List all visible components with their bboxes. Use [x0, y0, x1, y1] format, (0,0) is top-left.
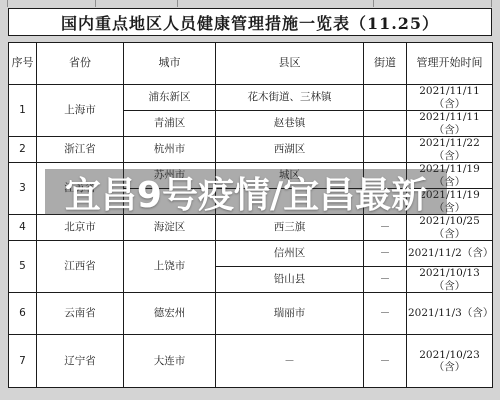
table-row: 5 江西省 上饶市 信州区 － 2021/11/2（含）: [9, 241, 493, 267]
watermark-overlay-band: 宜昌9号疫情/宜昌最新: [45, 169, 447, 215]
table-row: 7 辽宁省 大连市 － － 2021/10/23（含）: [9, 335, 493, 388]
cell-street: －: [364, 215, 407, 241]
table-title: 国内重点地区人员健康管理措施一览表（11.25）: [8, 8, 492, 36]
cell-date: 2021/10/23（含）: [407, 335, 493, 388]
col-header-province: 省份: [37, 43, 124, 85]
table-row: 4 北京市 海淀区 西三旗 － 2021/10/25（含）: [9, 215, 493, 241]
cell-date: 2021/11/11（含）: [407, 111, 493, 137]
cell-street: －: [364, 267, 407, 293]
cell-city: 杭州市: [124, 137, 216, 163]
cell-city: 德宏州: [124, 293, 216, 335]
cell-province: 北京市: [37, 215, 124, 241]
cell-county: 西三旗: [216, 215, 364, 241]
col-header-seq: 序号: [9, 43, 37, 85]
crop-bleed-line: [177, 0, 178, 7]
crop-bleed-line: [491, 0, 492, 7]
crop-bleed-line: [95, 0, 96, 7]
cell-street: －: [364, 293, 407, 335]
cell-street: [364, 137, 407, 163]
cell-province: 上海市: [37, 85, 124, 137]
cell-date: 2021/10/13（含）: [407, 267, 493, 293]
cell-date: 2021/11/22（含）: [407, 137, 493, 163]
cell-seq: 3: [9, 163, 37, 215]
cell-street: [364, 111, 407, 137]
cell-city: 上饶市: [124, 241, 216, 293]
cell-county: －: [216, 335, 364, 388]
cell-seq: 7: [9, 335, 37, 388]
cell-county: 信州区: [216, 241, 364, 267]
cell-county: 铅山县: [216, 267, 364, 293]
cell-seq: 2: [9, 137, 37, 163]
cell-seq: 4: [9, 215, 37, 241]
cell-date: 2021/11/3（含）: [407, 293, 493, 335]
cell-date: 2021/11/11（含）: [407, 85, 493, 111]
cell-street: －: [364, 241, 407, 267]
cell-province: 浙江省: [37, 137, 124, 163]
cell-city: 海淀区: [124, 215, 216, 241]
crop-bleed-line: [7, 0, 8, 7]
cell-province: 江西省: [37, 241, 124, 293]
cell-city: 大连市: [124, 335, 216, 388]
cell-seq: 1: [9, 85, 37, 137]
cell-date: 2021/10/25（含）: [407, 215, 493, 241]
col-header-city: 城市: [124, 43, 216, 85]
cell-county: 花木街道、三林镇: [216, 85, 364, 111]
cell-city: 青浦区: [124, 111, 216, 137]
cell-street: －: [364, 335, 407, 388]
watermark-text: 宜昌9号疫情/宜昌最新: [65, 167, 427, 218]
cell-county: 西湖区: [216, 137, 364, 163]
header-row: 序号 省份 城市 县区 街道 管理开始时间: [9, 43, 493, 85]
crop-bleed-line: [373, 0, 374, 7]
table-row: 2 浙江省 杭州市 西湖区 2021/11/22（含）: [9, 137, 493, 163]
cell-province: 云南省: [37, 293, 124, 335]
cell-county: 瑞丽市: [216, 293, 364, 335]
cell-province: 辽宁省: [37, 335, 124, 388]
col-header-county: 县区: [216, 43, 364, 85]
cell-seq: 6: [9, 293, 37, 335]
cell-seq: 5: [9, 241, 37, 293]
cell-date: 2021/11/2（含）: [407, 241, 493, 267]
cell-street: [364, 85, 407, 111]
table-row: 6 云南省 德宏州 瑞丽市 － 2021/11/3（含）: [9, 293, 493, 335]
col-header-street: 街道: [364, 43, 407, 85]
screenshot-page: 国内重点地区人员健康管理措施一览表（11.25） 序号 省份 城市 县区 街道 …: [0, 0, 500, 400]
cell-county: 赵巷镇: [216, 111, 364, 137]
col-header-date: 管理开始时间: [407, 43, 493, 85]
table-row: 1 上海市 浦东新区 花木街道、三林镇 2021/11/11（含）: [9, 85, 493, 111]
cell-city: 浦东新区: [124, 85, 216, 111]
